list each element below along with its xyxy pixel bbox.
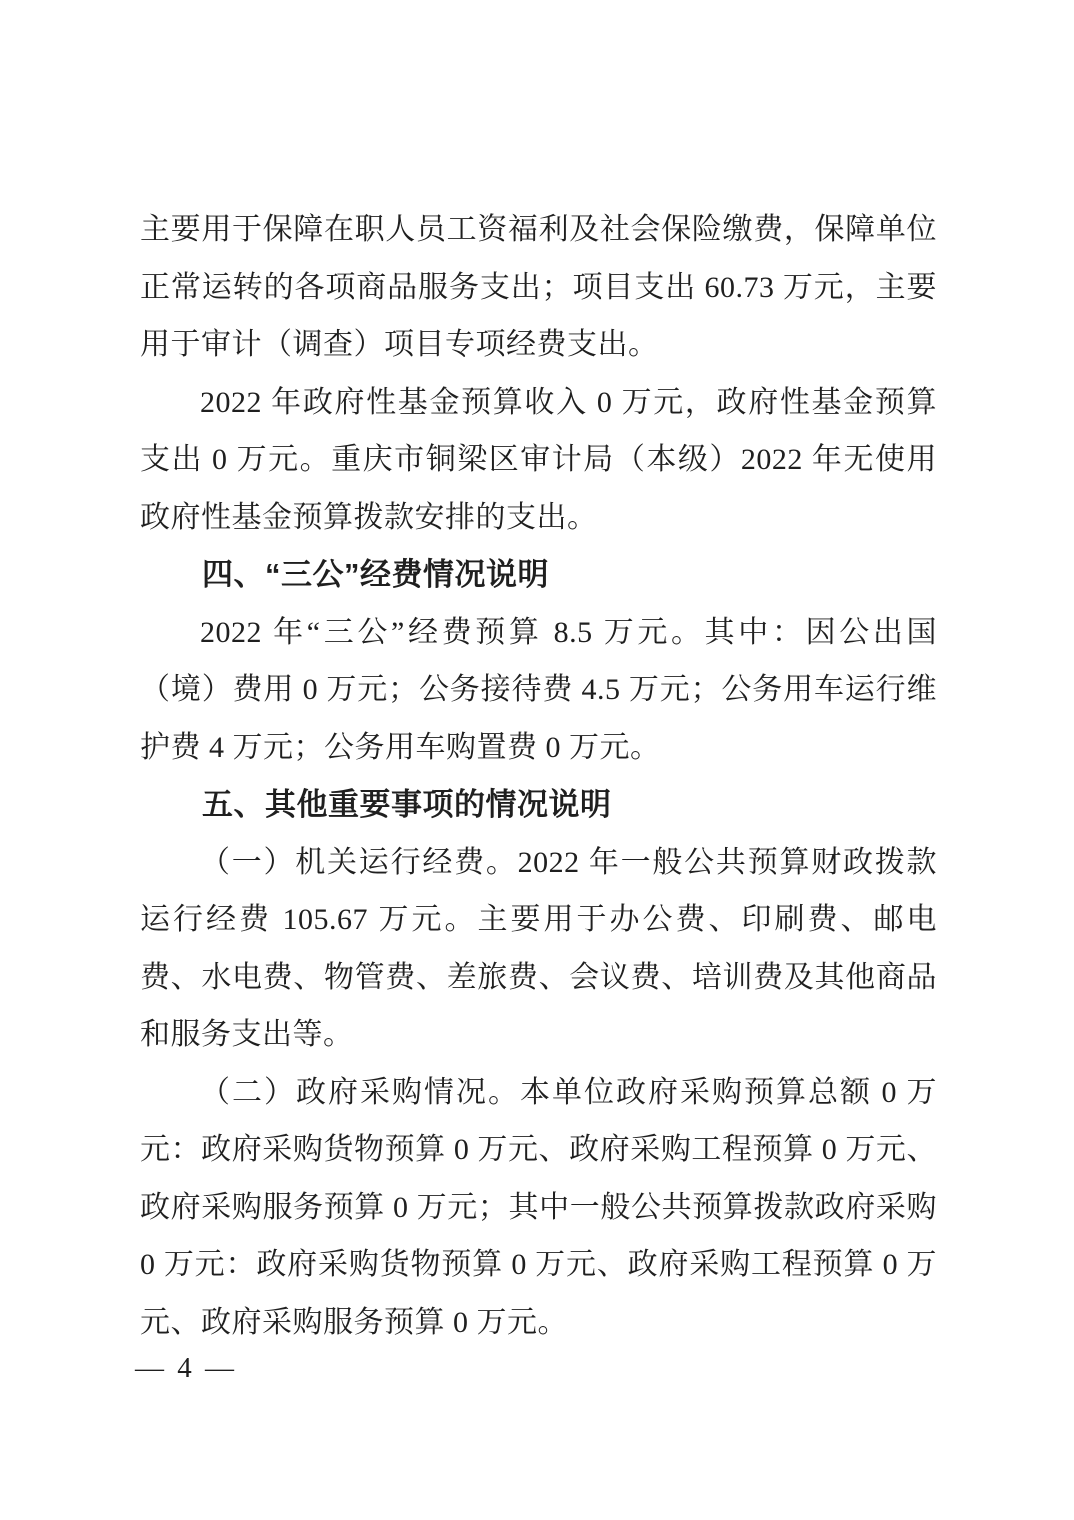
paragraph: （二）政府采购情况。本单位政府采购预算总额 0 万元：政府采购货物预算 0 万元… — [140, 1064, 937, 1352]
section-heading: 五、其他重要事项的情况说明 — [140, 776, 937, 834]
paragraph: （一）机关运行经费。2022 年一般公共预算财政拨款运行经费 105.67 万元… — [140, 834, 937, 1064]
section-heading: 四、“三公”经费情况说明 — [140, 546, 937, 604]
document-page: 主要用于保障在职人员工资福利及社会保险缴费，保障单位正常运转的各项商品服务支出；… — [0, 0, 1074, 1520]
paragraph: 2022 年“三公”经费预算 8.5 万元。其中：因公出国（境）费用 0 万元；… — [140, 604, 937, 777]
paragraph: 2022 年政府性基金预算收入 0 万元，政府性基金预算支出 0 万元。重庆市铜… — [140, 374, 937, 547]
document-body: 主要用于保障在职人员工资福利及社会保险缴费，保障单位正常运转的各项商品服务支出；… — [140, 201, 937, 1351]
paragraph: 主要用于保障在职人员工资福利及社会保险缴费，保障单位正常运转的各项商品服务支出；… — [140, 201, 937, 374]
page-number: — 4 — — [135, 1352, 237, 1385]
